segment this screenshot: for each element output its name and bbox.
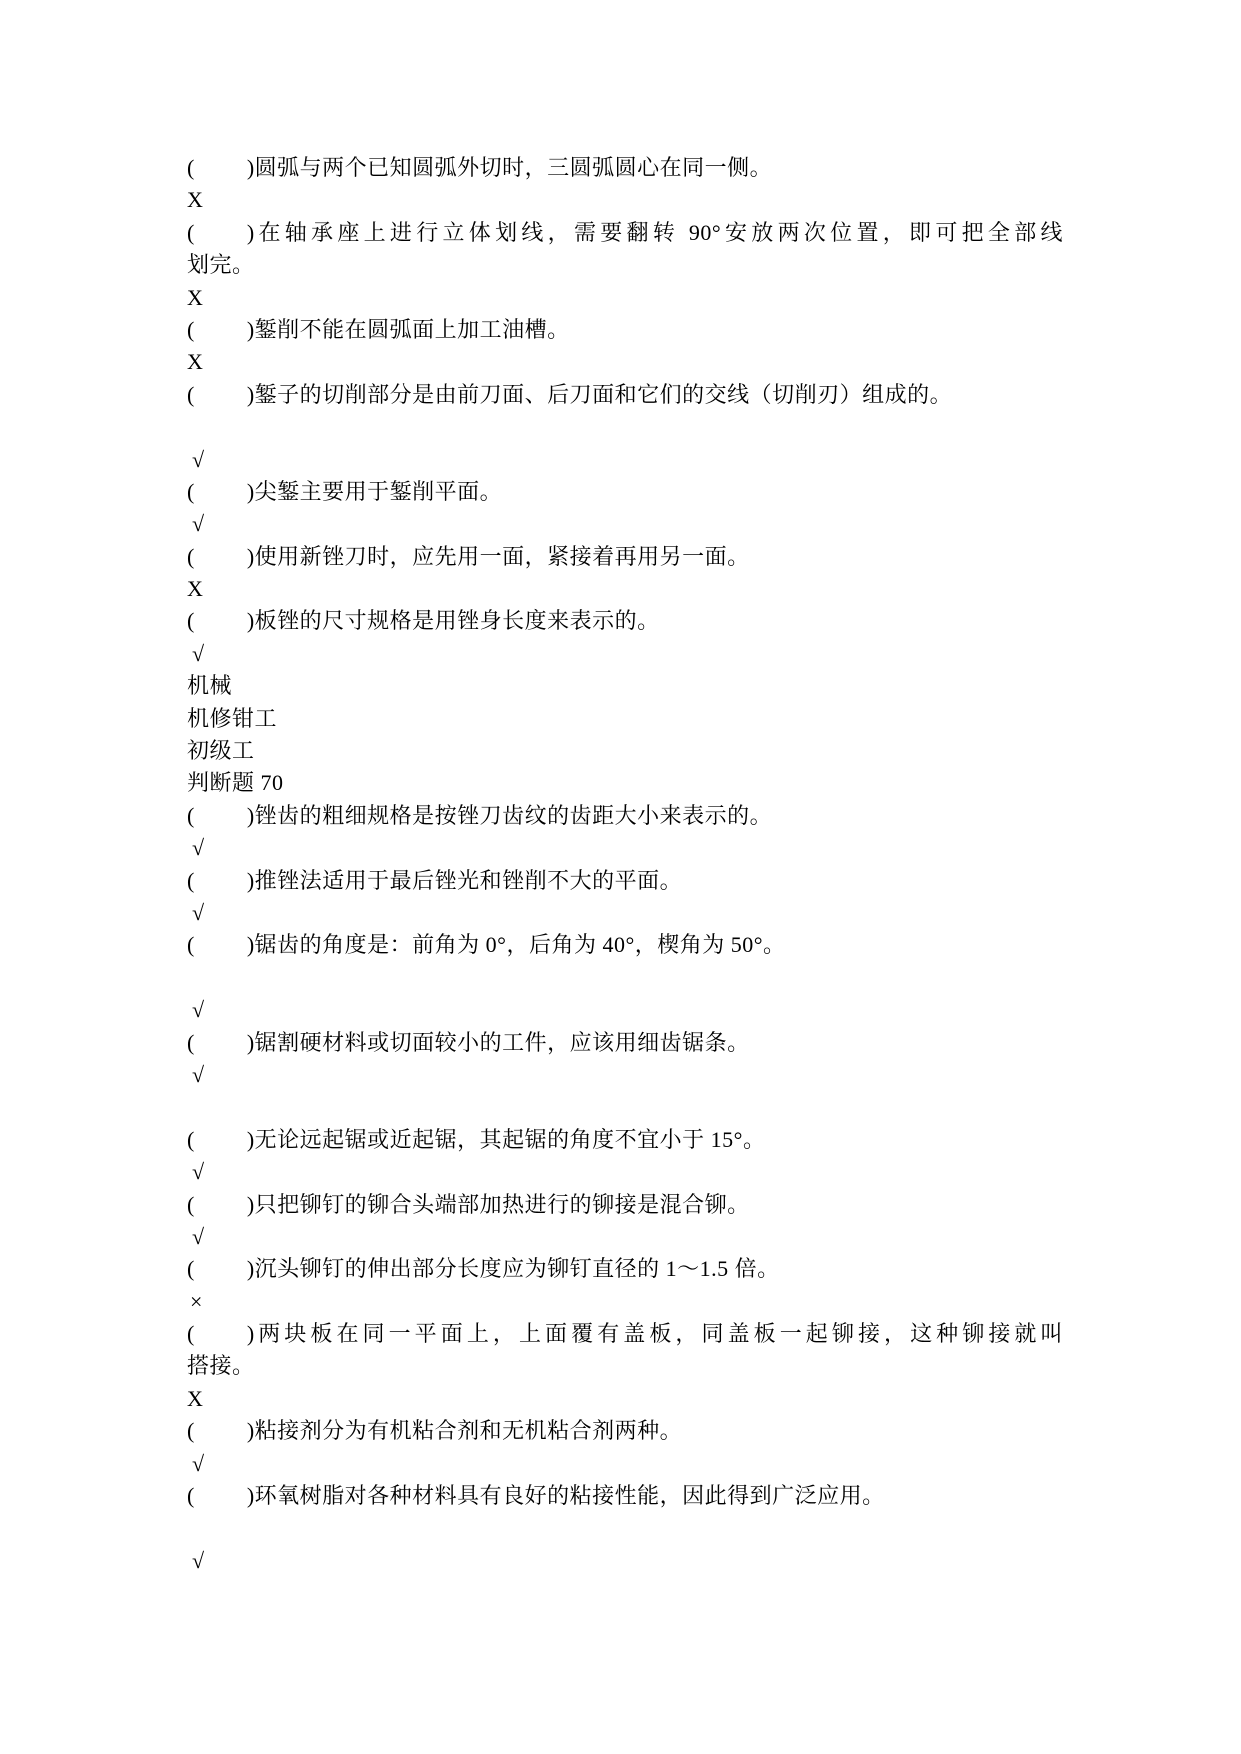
answer-blank-gap xyxy=(195,174,247,175)
question-text: 沉头铆钉的伸出部分长度应为铆钉直径的 1～1.5 倍。 xyxy=(255,1256,780,1281)
answer-blank-gap xyxy=(195,563,247,564)
answer-blank-gap xyxy=(195,336,247,337)
answer-mark-wrong: X xyxy=(187,1383,1063,1415)
question-line: ()錾削不能在圆弧面上加工油槽。 xyxy=(187,314,1063,346)
question-line: ()两块板在同一平面上，上面覆有盖板，同盖板一起铆接，这种铆接就叫 xyxy=(187,1318,1063,1350)
answer-mark-wrong-alt: × xyxy=(187,1286,1063,1318)
answer-mark-correct: √ xyxy=(187,1545,1063,1577)
blank-line xyxy=(187,1512,1063,1544)
paren-close: ) xyxy=(247,803,255,828)
answer-mark-wrong: X xyxy=(187,184,1063,216)
question-line: ()板锉的尺寸规格是用锉身长度来表示的。 xyxy=(187,605,1063,637)
paren-close: ) xyxy=(247,1192,255,1217)
question-text: 錾子的切削部分是由前刀面、后刀面和它们的交线（切削刃）组成的。 xyxy=(255,382,953,407)
question-text: 锯割硬材料或切面较小的工件，应该用细齿锯条。 xyxy=(255,1030,750,1055)
answer-mark-wrong: X xyxy=(187,573,1063,605)
paren-close: ) xyxy=(247,1418,255,1443)
question-continuation-line: 划完。 xyxy=(187,249,1063,281)
answer-mark-correct: √ xyxy=(187,1059,1063,1091)
question-text: 只把铆钉的铆合头端部加热进行的铆接是混合铆。 xyxy=(255,1192,750,1217)
paren-open: ( xyxy=(187,932,195,957)
paren-open: ( xyxy=(187,544,195,569)
paren-close: ) xyxy=(247,1030,255,1055)
question-line: ()在轴承座上进行立体划线，需要翻转 90°安放两次位置，即可把全部线 xyxy=(187,217,1063,249)
paren-open: ( xyxy=(187,803,195,828)
answer-mark-correct: √ xyxy=(187,832,1063,864)
answer-mark-correct: √ xyxy=(187,638,1063,670)
blank-line xyxy=(187,962,1063,994)
question-text: 圆弧与两个已知圆弧外切时，三圆弧圆心在同一侧。 xyxy=(255,155,773,180)
paren-open: ( xyxy=(187,1418,195,1443)
answer-mark-wrong: X xyxy=(187,282,1063,314)
paren-close: ) xyxy=(247,544,255,569)
paren-open: ( xyxy=(187,1321,195,1346)
answer-mark-correct: √ xyxy=(187,1448,1063,1480)
answer-blank-gap xyxy=(195,1275,247,1276)
answer-mark-correct: √ xyxy=(187,897,1063,929)
question-line: ()粘接剂分为有机粘合剂和无机粘合剂两种。 xyxy=(187,1415,1063,1447)
question-line: ()錾子的切削部分是由前刀面、后刀面和它们的交线（切削刃）组成的。 xyxy=(187,379,1063,411)
blank-line xyxy=(187,411,1063,443)
answer-blank-gap xyxy=(195,822,247,823)
paren-open: ( xyxy=(187,1192,195,1217)
question-line: ()推锉法适用于最后锉光和锉削不大的平面。 xyxy=(187,865,1063,897)
question-text: 在轴承座上进行立体划线，需要翻转 90°安放两次位置，即可把全部线 xyxy=(255,220,1063,245)
question-line: ()环氧树脂对各种材料具有良好的粘接性能，因此得到广泛应用。 xyxy=(187,1480,1063,1512)
paren-close: ) xyxy=(247,1483,255,1508)
answer-blank-gap xyxy=(195,401,247,402)
answer-blank-gap xyxy=(195,1502,247,1503)
paren-open: ( xyxy=(187,608,195,633)
header-label: 初级工 xyxy=(187,735,1063,767)
paren-open: ( xyxy=(187,1256,195,1281)
paren-close: ) xyxy=(247,608,255,633)
answer-blank-gap xyxy=(195,1340,247,1341)
question-continuation-line: 搭接。 xyxy=(187,1350,1063,1382)
question-text: 錾削不能在圆弧面上加工油槽。 xyxy=(255,317,570,342)
paren-close: ) xyxy=(247,479,255,504)
question-line: ()只把铆钉的铆合头端部加热进行的铆接是混合铆。 xyxy=(187,1189,1063,1221)
paren-close: ) xyxy=(247,868,255,893)
document-page: ()圆弧与两个已知圆弧外切时，三圆弧圆心在同一侧。X()在轴承座上进行立体划线，… xyxy=(0,0,1241,1754)
question-text: 两块板在同一平面上，上面覆有盖板，同盖板一起铆接，这种铆接就叫 xyxy=(255,1321,1063,1346)
paren-close: ) xyxy=(247,155,255,180)
answer-blank-gap xyxy=(195,627,247,628)
question-text: 板锉的尺寸规格是用锉身长度来表示的。 xyxy=(255,608,660,633)
paren-close: ) xyxy=(247,220,255,245)
answer-blank-gap xyxy=(195,1211,247,1212)
answer-blank-gap xyxy=(195,1049,247,1050)
paren-open: ( xyxy=(187,382,195,407)
paren-close: ) xyxy=(247,317,255,342)
answer-blank-gap xyxy=(195,1437,247,1438)
answer-blank-gap xyxy=(195,887,247,888)
question-text: 锯齿的角度是：前角为 0°，后角为 40°，楔角为 50°。 xyxy=(255,932,786,957)
paren-close: ) xyxy=(247,382,255,407)
question-line: ()尖錾主要用于錾削平面。 xyxy=(187,476,1063,508)
paren-open: ( xyxy=(187,1483,195,1508)
header-label: 机械 xyxy=(187,670,1063,702)
question-line: ()锯割硬材料或切面较小的工件，应该用细齿锯条。 xyxy=(187,1027,1063,1059)
answer-mark-correct: √ xyxy=(187,508,1063,540)
paren-open: ( xyxy=(187,868,195,893)
blank-line xyxy=(187,1091,1063,1123)
answer-blank-gap xyxy=(195,498,247,499)
paren-open: ( xyxy=(187,317,195,342)
question-line: ()沉头铆钉的伸出部分长度应为铆钉直径的 1～1.5 倍。 xyxy=(187,1253,1063,1285)
question-text: 使用新锉刀时，应先用一面，紧接着再用另一面。 xyxy=(255,544,750,569)
paren-close: ) xyxy=(247,1256,255,1281)
paren-close: ) xyxy=(247,1321,255,1346)
question-line: ()圆弧与两个已知圆弧外切时，三圆弧圆心在同一侧。 xyxy=(187,152,1063,184)
paren-open: ( xyxy=(187,155,195,180)
answer-mark-correct: √ xyxy=(187,1156,1063,1188)
answer-mark-correct: √ xyxy=(187,1221,1063,1253)
document-body: ()圆弧与两个已知圆弧外切时，三圆弧圆心在同一侧。X()在轴承座上进行立体划线，… xyxy=(187,152,1063,1577)
answer-mark-correct: √ xyxy=(187,444,1063,476)
paren-open: ( xyxy=(187,220,195,245)
header-label: 机修钳工 xyxy=(187,703,1063,735)
question-text: 尖錾主要用于錾削平面。 xyxy=(255,479,503,504)
paren-open: ( xyxy=(187,1030,195,1055)
answer-mark-wrong: X xyxy=(187,346,1063,378)
paren-open: ( xyxy=(187,479,195,504)
header-label: 判断题 70 xyxy=(187,767,1063,799)
question-line: ()锉齿的粗细规格是按锉刀齿纹的齿距大小来表示的。 xyxy=(187,800,1063,832)
question-text: 环氧树脂对各种材料具有良好的粘接性能，因此得到广泛应用。 xyxy=(255,1483,885,1508)
paren-open: ( xyxy=(187,1127,195,1152)
question-text: 粘接剂分为有机粘合剂和无机粘合剂两种。 xyxy=(255,1418,683,1443)
question-text: 推锉法适用于最后锉光和锉削不大的平面。 xyxy=(255,868,683,893)
answer-mark-correct: √ xyxy=(187,994,1063,1026)
question-line: ()无论远起锯或近起锯，其起锯的角度不宜小于 15°。 xyxy=(187,1124,1063,1156)
question-text: 无论远起锯或近起锯，其起锯的角度不宜小于 15°。 xyxy=(255,1127,766,1152)
answer-blank-gap xyxy=(195,239,247,240)
question-line: ()使用新锉刀时，应先用一面，紧接着再用另一面。 xyxy=(187,541,1063,573)
paren-close: ) xyxy=(247,1127,255,1152)
answer-blank-gap xyxy=(195,1146,247,1147)
paren-close: ) xyxy=(247,932,255,957)
question-line: ()锯齿的角度是：前角为 0°，后角为 40°，楔角为 50°。 xyxy=(187,929,1063,961)
answer-blank-gap xyxy=(195,951,247,952)
question-text: 锉齿的粗细规格是按锉刀齿纹的齿距大小来表示的。 xyxy=(255,803,773,828)
